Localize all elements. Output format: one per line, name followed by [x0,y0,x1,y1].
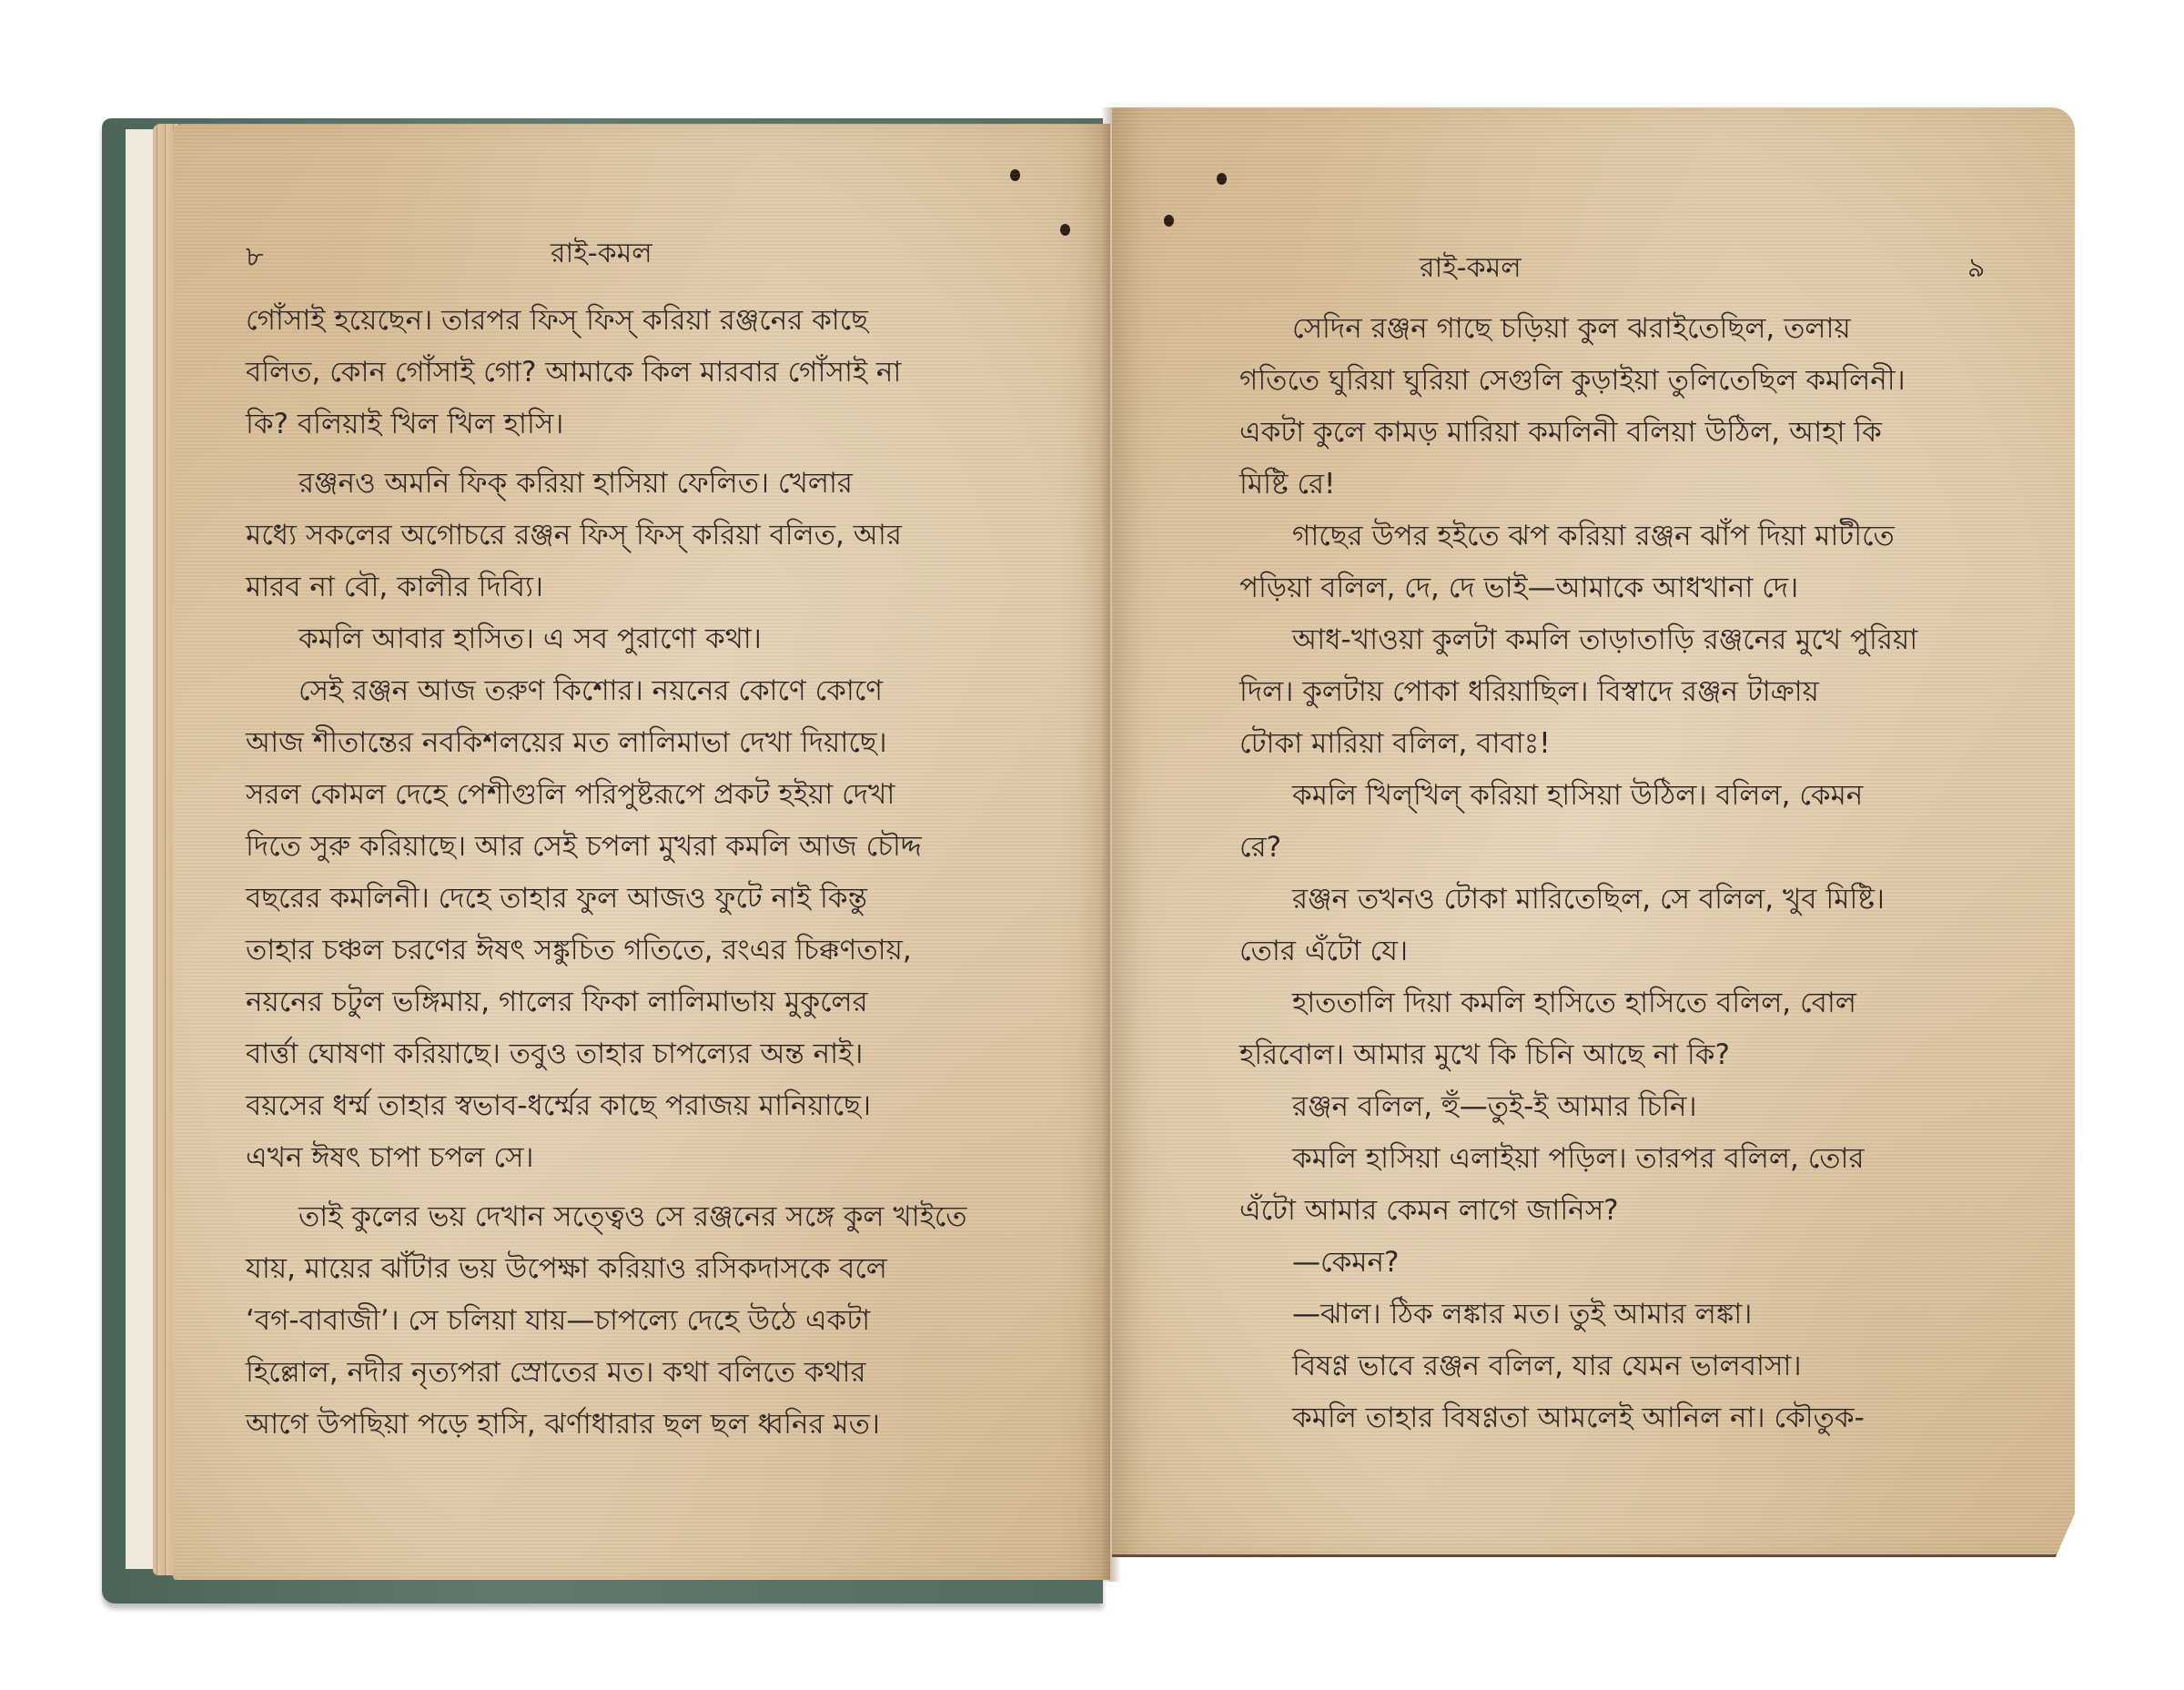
text-line: নয়নের চটুল ভঙ্গিমায়, গালের ফিকা লালিমা… [246,977,1019,1028]
paragraph: বিষণ্ণ ভাবে রঞ্জন বলিল, যার যেমন ভালবাসা… [1239,1341,2022,1392]
paragraph: সেদিন রঞ্জন গাছে চড়িয়া কুল ঝরাইতেছিল, … [1239,303,2022,511]
text-line: —কেমন? [1239,1237,2022,1289]
paragraph: গোঁসাই হয়েছেন। তারপর ফিস্ ফিস্ করিয়া র… [246,295,1019,450]
page-number: ৮ [246,235,263,281]
text-line: দিতে সুরু করিয়াছে। আর সেই চপলা মুখরা কম… [246,821,1019,873]
running-head: রাই-কমল [1420,246,1522,292]
text-line: হিল্লোল, নদীর নৃত্যপরা স্রোতের মত। কথা ব… [246,1347,1019,1399]
worm-hole [1010,169,1020,181]
text-line: গতিতে ঘুরিয়া ঘুরিয়া সেগুলি কুড়াইয়া ত… [1239,355,2022,407]
paragraph: —কেমন? [1239,1237,2022,1289]
paragraph: কমলি আবার হাসিত। এ সব পুরাণো কথা। [246,613,1019,665]
text-line: বছরের কমলিনী। দেহে তাহার ফুল আজও ফুটে না… [246,873,1019,925]
paragraph: রঞ্জন বলিল, হুঁ—তুই-ই আমার চিনি। [1239,1081,2022,1133]
right-page: রাই-কমল ৯ সেদিন রঞ্জন গাছে চড়িয়া কুল ঝ… [1112,107,2075,1557]
left-page-body: গোঁসাই হয়েছেন। তারপর ফিস্ ফিস্ করিয়া র… [246,295,1019,1451]
text-line: —ঝাল। ঠিক লঙ্কার মত। তুই আমার লঙ্কা। [1239,1289,2022,1341]
text-line: কি? বলিয়াই খিল খিল হাসি। [246,399,1019,450]
text-line: যায়, মায়ের ঝাঁটার ভয় উপেক্ষা করিয়াও … [246,1243,1019,1295]
text-line: বিষণ্ণ ভাবে রঞ্জন বলিল, যার যেমন ভালবাসা… [1239,1341,2022,1392]
text-line: এখন ঈষৎ চাপা চপল সে। [246,1132,1019,1184]
text-line: গাছের উপর হইতে ঝপ করিয়া রঞ্জন ঝাঁপ দিয়… [1239,511,2022,562]
text-line: রে? [1239,822,2022,874]
text-line: মধ্যে সকলের অগোচরে রঞ্জন ফিস্ ফিস্ করিয়… [246,510,1019,562]
open-book: ৮ রাই-কমল গোঁসাই হয়েছেন। তারপর ফিস্ ফিস… [0,0,2184,1690]
paragraph: রঞ্জন তখনও টোকা মারিতেছিল, সে বলিল, খুব … [1239,874,2022,977]
text-line: আজ শীতান্তের নবকিশলয়ের মত লালিমাভা দেখা… [246,717,1019,769]
text-line: হরিবোল। আমার মুখে কি চিনি আছে না কি? [1239,1029,2022,1081]
paragraph: কমলি তাহার বিষণ্ণতা আমলেই আনিল না। কৌতুক… [1239,1392,2022,1444]
text-line: আগে উপছিয়া পড়ে হাসি, ঝর্ণাধারার ছল ছল … [246,1399,1019,1451]
text-line: গোঁসাই হয়েছেন। তারপর ফিস্ ফিস্ করিয়া র… [246,295,1019,347]
text-line: সেই রঞ্জন আজ তরুণ কিশোর। নয়নের কোণে কোণ… [246,665,1019,717]
text-line: তোর এঁটো যে। [1239,926,2022,977]
text-line: কমলি তাহার বিষণ্ণতা আমলেই আনিল না। কৌতুক… [1239,1392,2022,1444]
text-line: পড়িয়া বলিল, দে, দে ভাই—আমাকে আধখানা দে… [1239,562,2022,614]
text-line: রঞ্জন তখনও টোকা মারিতেছিল, সে বলিল, খুব … [1239,874,2022,926]
text-line: রঞ্জন বলিল, হুঁ—তুই-ই আমার চিনি। [1239,1081,2022,1133]
paragraph: গাছের উপর হইতে ঝপ করিয়া রঞ্জন ঝাঁপ দিয়… [1239,511,2022,614]
text-line: আধ-খাওয়া কুলটা কমলি তাড়াতাড়ি রঞ্জনের … [1239,614,2022,666]
paragraph: তাই কুলের ভয় দেখান সত্ত্বেও সে রঞ্জনের … [246,1191,1019,1451]
paragraph: কমলি হাসিয়া এলাইয়া পড়িল। তারপর বলিল, … [1239,1133,2022,1237]
text-line: তাহার চঞ্চল চরণের ঈষৎ সঙ্কুচিত গতিতে, রং… [246,925,1019,977]
paragraph: আধ-খাওয়া কুলটা কমলি তাড়াতাড়ি রঞ্জনের … [1239,614,2022,770]
text-line: বলিত, কোন গোঁসাই গো? আমাকে কিল মারবার গো… [246,347,1019,399]
text-line: রঞ্জনও অমনি ফিক্ করিয়া হাসিয়া ফেলিত। খ… [246,458,1019,510]
text-line: বার্ত্তা ঘোষণা করিয়াছে। তবুও তাহার চাপল… [246,1028,1019,1080]
text-line: বয়সের ধর্ম্ম তাহার স্বভাব-ধর্ম্মের কাছে… [246,1080,1019,1132]
text-line: সেদিন রঞ্জন গাছে চড়িয়া কুল ঝরাইতেছিল, … [1239,303,2022,355]
text-line: কমলি হাসিয়া এলাইয়া পড়িল। তারপর বলিল, … [1239,1133,2022,1185]
text-line: সরল কোমল দেহে পেশীগুলি পরিপুষ্টরূপে প্রক… [246,769,1019,821]
paragraph: —ঝাল। ঠিক লঙ্কার মত। তুই আমার লঙ্কা। [1239,1289,2022,1341]
paragraph: সেই রঞ্জন আজ তরুণ কিশোর। নয়নের কোণে কোণ… [246,665,1019,1184]
text-line: তাই কুলের ভয় দেখান সত্ত্বেও সে রঞ্জনের … [246,1191,1019,1243]
text-line: দিল। কুলটায় পোকা ধরিয়াছিল। বিস্বাদে রঞ… [1239,666,2022,718]
page-number: ৯ [1967,246,1985,292]
paragraph: রঞ্জনও অমনি ফিক্ করিয়া হাসিয়া ফেলিত। খ… [246,458,1019,613]
paragraph: হাততালি দিয়া কমলি হাসিতে হাসিতে বলিল, ব… [1239,977,2022,1081]
text-line: মারব না বৌ, কালীর দিব্যি। [246,562,1019,613]
text-line: টোকা মারিয়া বলিল, বাবাঃ! [1239,718,2022,770]
text-line: হাততালি দিয়া কমলি হাসিতে হাসিতে বলিল, ব… [1239,977,2022,1029]
worm-hole [1217,173,1227,185]
running-head: রাই-কমল [551,231,652,278]
text-line: ‘বগ-বাবাজী’। সে চলিয়া যায়—চাপল্যে দেহে… [246,1295,1019,1347]
text-line: কমলি আবার হাসিত। এ সব পুরাণো কথা। [246,613,1019,665]
right-page-body: সেদিন রঞ্জন গাছে চড়িয়া কুল ঝরাইতেছিল, … [1239,303,2022,1444]
worm-hole [1164,215,1174,227]
text-line: এঁটো আমার কেমন লাগে জানিস? [1239,1185,2022,1237]
text-line: একটা কুলে কামড় মারিয়া কমলিনী বলিয়া উঠ… [1239,407,2022,459]
text-line: মিষ্টি রে! [1239,459,2022,511]
text-line: কমলি খিল্‌খিল্ করিয়া হাসিয়া উঠিল। বলিল… [1239,770,2022,822]
worm-hole [1060,224,1070,236]
paragraph: কমলি খিল্‌খিল্ করিয়া হাসিয়া উঠিল। বলিল… [1239,770,2022,874]
left-page: ৮ রাই-কমল গোঁসাই হয়েছেন। তারপর ফিস্ ফিস… [173,124,1110,1580]
